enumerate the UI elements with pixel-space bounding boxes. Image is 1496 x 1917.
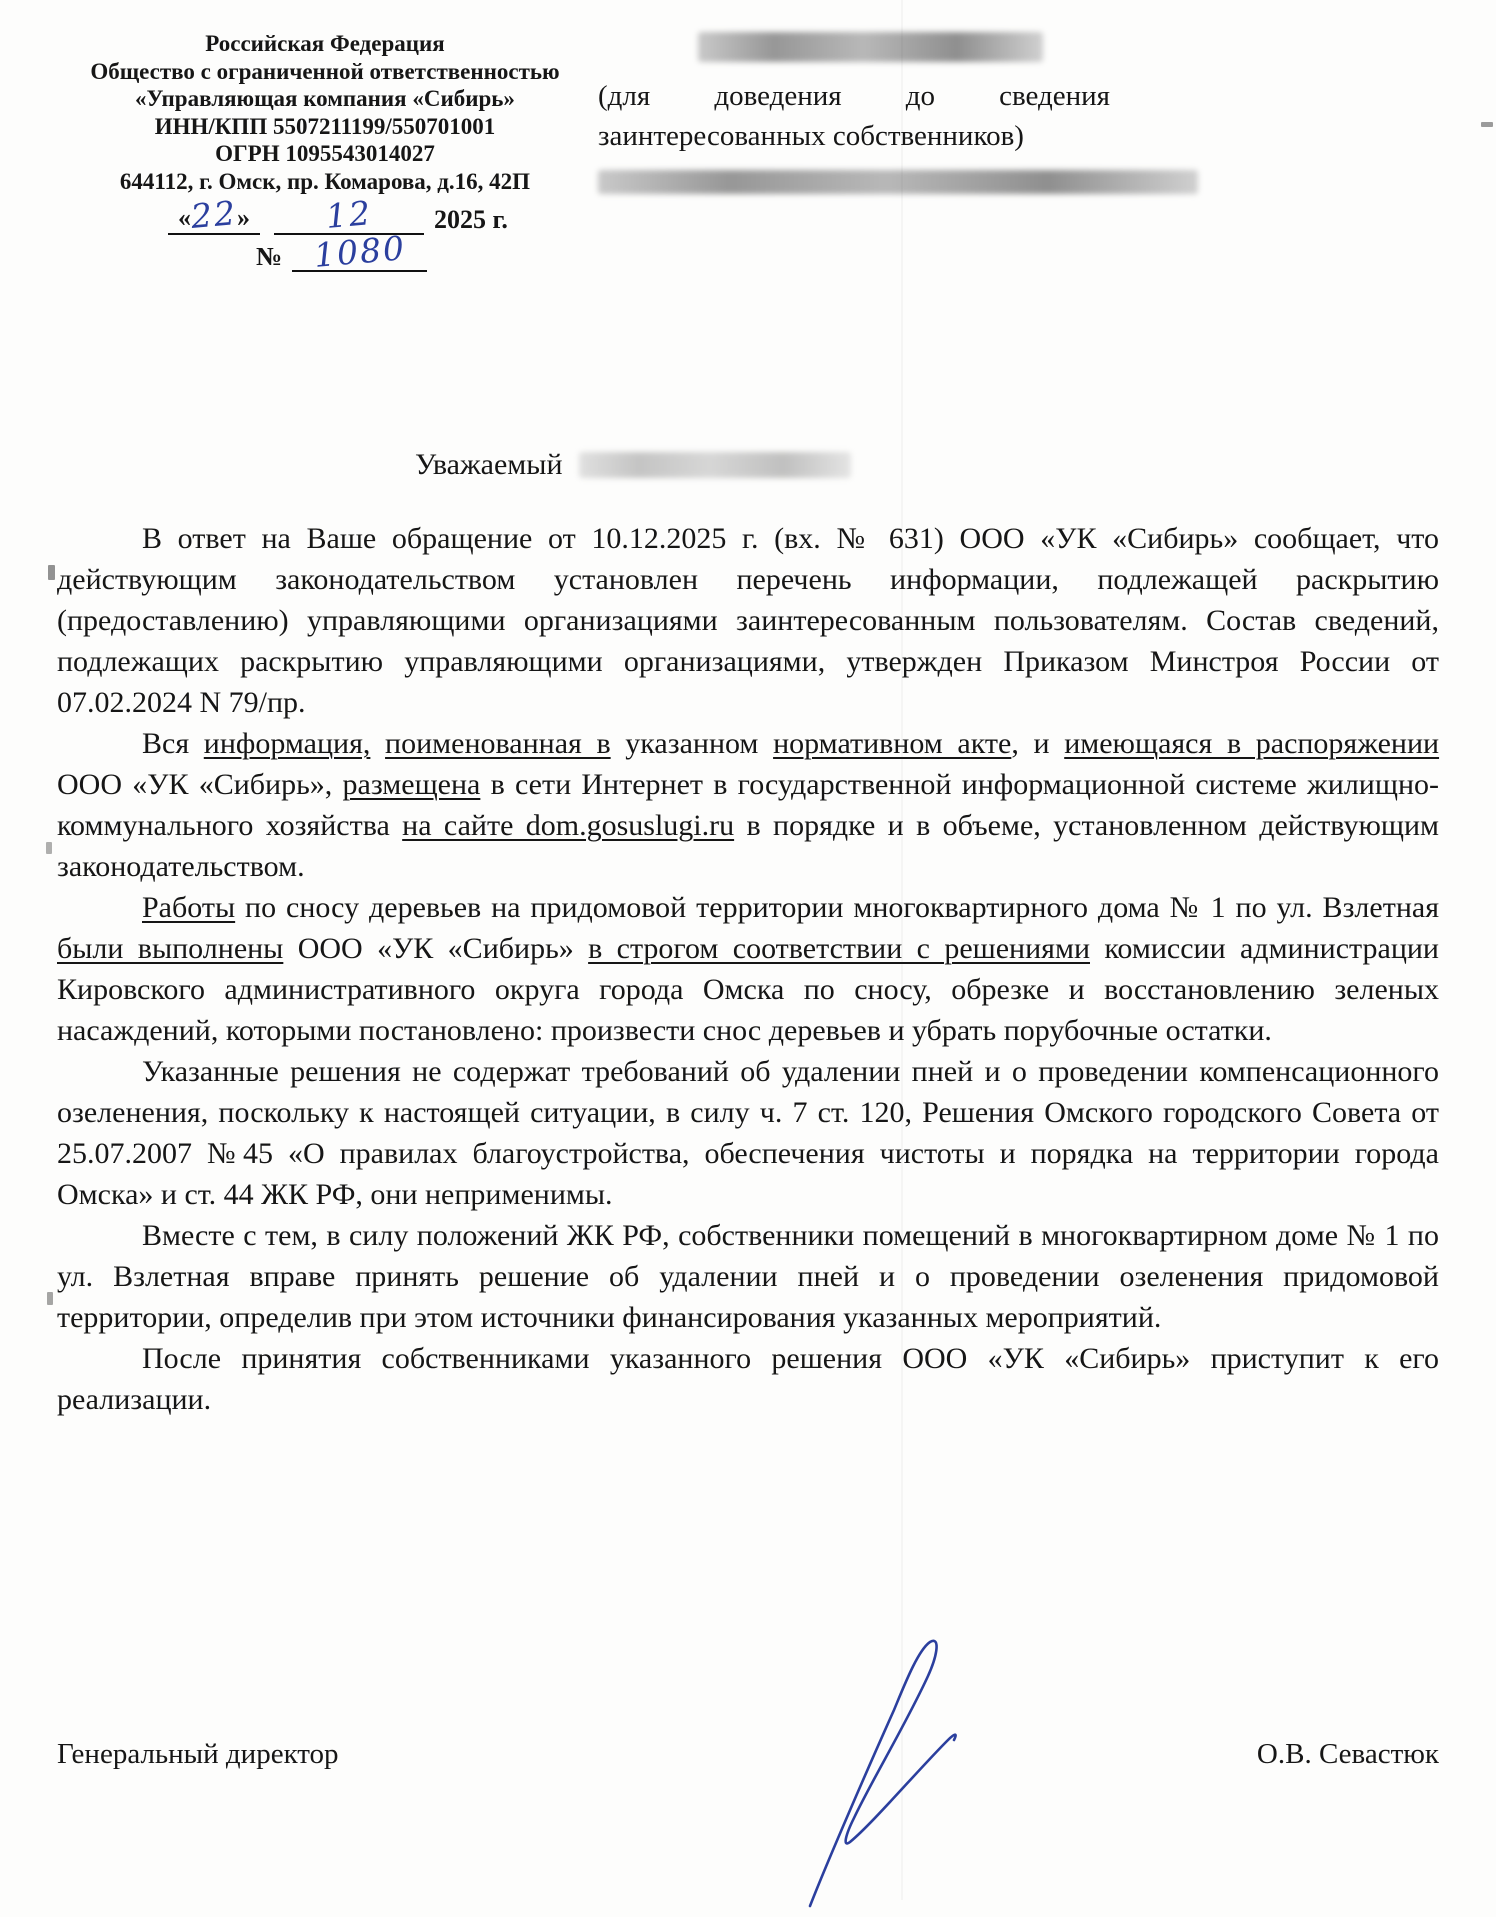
- signer-position: Генеральный директор: [57, 1738, 339, 1771]
- letterhead-line: «Управляющая компания «Сибирь»: [60, 85, 590, 113]
- date-number-block: «22» 12 2025 г. № 1080: [168, 200, 508, 272]
- signer-name: О.В. Севастюк: [1257, 1738, 1439, 1771]
- handwritten-day: 22: [190, 198, 238, 232]
- salutation: Уважаемый: [415, 448, 851, 482]
- scan-speck: [1481, 122, 1493, 127]
- scan-speck: [48, 565, 55, 580]
- paragraph-5: Вместе с тем, в силу положений ЖК РФ, со…: [57, 1215, 1439, 1338]
- paragraph-6: После принятия собственниками указанного…: [57, 1338, 1439, 1420]
- redacted-recipient-line: [698, 32, 1043, 62]
- letterhead-line: 644112, г. Омск, пр. Комарова, д.16, 42П: [60, 168, 590, 196]
- salutation-text: Уважаемый: [415, 448, 563, 482]
- close-quote: »: [237, 203, 250, 232]
- paragraph-3: Работы по сносу деревьев на придомовой т…: [57, 887, 1439, 1051]
- scanned-letter-page: Российская Федерация Общество с ограниче…: [0, 0, 1496, 1917]
- letterhead-line: Общество с ограниченной ответственностью: [60, 58, 590, 86]
- scan-speck: [47, 1292, 53, 1305]
- recipient-word: (для: [598, 76, 650, 116]
- recipient-word: доведения: [714, 76, 841, 116]
- date-day-slot: «22»: [168, 200, 260, 235]
- letter-body: В ответ на Ваше обращение от 10.12.2025 …: [57, 518, 1439, 1420]
- recipient-note-line1: (для доведения до сведения: [598, 76, 1110, 116]
- number-label: №: [256, 242, 282, 272]
- letterhead-line: ОГРН 1095543014027: [60, 140, 590, 168]
- open-quote: «: [178, 203, 191, 232]
- recipient-word: до: [906, 76, 935, 116]
- number-slot: 1080: [292, 237, 427, 272]
- scan-speck: [46, 842, 52, 854]
- recipient-word: сведения: [999, 76, 1110, 116]
- date-row: «22» 12 2025 г.: [168, 200, 508, 235]
- redacted-name: [579, 452, 851, 478]
- recipient-block: (для доведения до сведения заинтересован…: [598, 28, 1110, 194]
- handwritten-month: 12: [325, 198, 373, 232]
- scan-crease-line: [901, 0, 903, 1900]
- paragraph-2: Вся информация, поименованная в указанно…: [57, 723, 1439, 887]
- letterhead: Российская Федерация Общество с ограниче…: [60, 30, 590, 195]
- letterhead-line: ИНН/КПП 5507211199/550701001: [60, 113, 590, 141]
- recipient-note-line2: заинтересованных собственников): [598, 116, 1110, 156]
- letterhead-line: Российская Федерация: [60, 30, 590, 58]
- handwritten-number: 1080: [313, 233, 407, 271]
- paragraph-1: В ответ на Ваше обращение от 10.12.2025 …: [57, 518, 1439, 723]
- year-text: 2025 г.: [434, 205, 508, 235]
- paragraph-4: Указанные решения не содержат требований…: [57, 1051, 1439, 1215]
- signature-row: Генеральный директор О.В. Севастюк: [57, 1738, 1439, 1771]
- redacted-address-line: [598, 170, 1198, 194]
- signature: [768, 1628, 1008, 1917]
- number-row: № 1080: [256, 237, 508, 272]
